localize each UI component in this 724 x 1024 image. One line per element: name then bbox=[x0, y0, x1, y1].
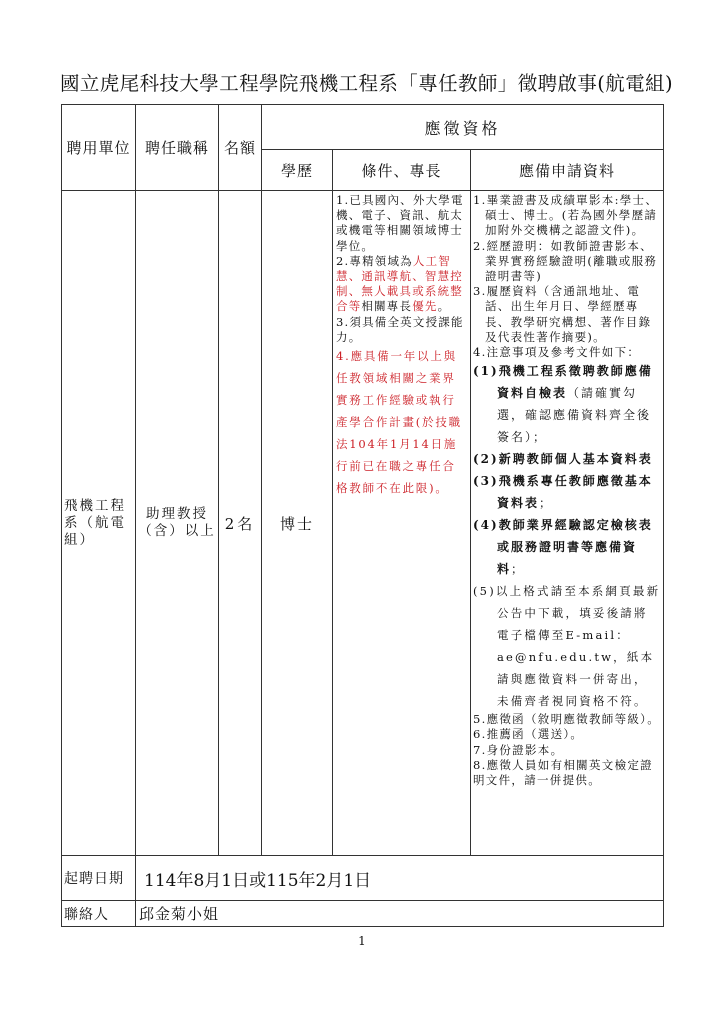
required-degree: 博士 bbox=[262, 191, 333, 856]
condition-2-priority: 優先 bbox=[412, 299, 437, 313]
sub-label: (5) bbox=[473, 584, 496, 598]
conditions-cell: 1.已具國內、外大學電機、電子、資訊、航太或機電等相關領域博士學位。 2.專精領… bbox=[333, 191, 471, 856]
condition-1: 1.已具國內、外大學電機、電子、資訊、航太或機電等相關領域博士學位。 bbox=[336, 193, 468, 254]
sub-label: (1) bbox=[473, 364, 499, 378]
document-sub-2: (2)新聘教師個人基本資料表 bbox=[473, 448, 661, 470]
document-sub-3: (3)飛機系專任教師應徵基本資料表； bbox=[473, 470, 661, 514]
position-count: 2名 bbox=[219, 191, 262, 856]
sub-label: (2) bbox=[473, 452, 499, 466]
condition-2: 2.專精領域為人工智慧、通訊導航、智慧控制、無人載具或系統整合等相關專長優先。 bbox=[336, 254, 468, 315]
condition-2-text-2: 相關專長 bbox=[361, 299, 412, 313]
sub-label: (4) bbox=[473, 518, 499, 532]
sub-bold: 飛機系專任教師應徵基本資料表 bbox=[497, 474, 653, 510]
documents-cell: 1.畢業證書及成績單影本:學士、碩士、博士。(若為國外學歷請加附外交機構之認證文… bbox=[471, 191, 664, 856]
sub-normal: ； bbox=[539, 496, 553, 510]
document-sub-4: (4)教師業界經驗認定檢核表或服務證明書等應備資料； bbox=[473, 514, 661, 580]
condition-2-end: 。 bbox=[438, 299, 451, 313]
position-rank: 助理教授（含）以上 bbox=[136, 191, 219, 856]
header-degree: 學歷 bbox=[262, 150, 333, 191]
sub-bold: 新聘教師個人基本資料表 bbox=[499, 452, 653, 466]
document-item-4: 4.注意事項及參考文件如下： bbox=[473, 345, 661, 360]
document-item-6: 6.推薦函（選送）。 bbox=[473, 727, 661, 742]
document-item-5: 5.應徵函（敘明應徵教師等級）。 bbox=[473, 712, 661, 727]
condition-4: 4.應具備一年以上與任教領域相關之業界實務工作經驗或執行產學合作計畫(於技職法1… bbox=[336, 345, 468, 499]
document-item-2: 2.經歷證明：如教師證書影本、業界實務經驗證明(離職或服務證明書等) bbox=[473, 239, 661, 285]
header-unit: 聘用單位 bbox=[62, 105, 136, 191]
sub-normal: 以上格式請至本系網頁最新公告中下載，填妥後請將電子檔傳至E-mail：ae@nf… bbox=[496, 584, 660, 708]
page-number: 1 bbox=[0, 934, 724, 948]
condition-2-text: 2.專精領域為 bbox=[336, 254, 413, 268]
header-conditions: 條件、專長 bbox=[333, 150, 471, 191]
document-item-8: 8.應徵人員如有相關英文檢定證明文件，請一併提供。 bbox=[473, 758, 661, 788]
sub-normal: ； bbox=[511, 562, 525, 576]
header-rank: 聘任職稱 bbox=[136, 105, 219, 191]
contact-label: 聯絡人 bbox=[62, 901, 136, 927]
header-documents: 應備申請資料 bbox=[471, 150, 664, 191]
document-title: 國立虎尾科技大學工程學院飛機工程系「專任教師」徵聘啟事(航電組) bbox=[60, 68, 680, 96]
hiring-unit: 飛機工程系（航電組） bbox=[62, 191, 136, 856]
header-qualifications: 應徵資格 bbox=[262, 105, 664, 150]
recruitment-table: 聘用單位 聘任職稱 名額 應徵資格 學歷 條件、專長 應備申請資料 飛機工程系（… bbox=[61, 104, 664, 927]
start-date-value: 114年8月1日或115年2月1日 bbox=[136, 856, 664, 901]
document-sub-1: (1)飛機工程系徵聘教師應備資料自檢表（請確實勾選，確認應備資料齊全後簽名）； bbox=[473, 360, 661, 448]
contact-value: 邱金菊小姐 bbox=[136, 901, 664, 927]
document-item-1: 1.畢業證書及成績單影本:學士、碩士、博士。(若為國外學歷請加附外交機構之認證文… bbox=[473, 193, 661, 239]
condition-3: 3.須具備全英文授課能力。 bbox=[336, 315, 468, 345]
start-date-label: 起聘日期 bbox=[62, 856, 136, 901]
sub-label: (3) bbox=[473, 474, 499, 488]
header-count: 名額 bbox=[219, 105, 262, 191]
document-item-7: 7.身份證影本。 bbox=[473, 743, 661, 758]
document-item-3: 3.履歷資料（含通訊地址、電話、出生年月日、學經歷專長、教學研究構想、著作目錄及… bbox=[473, 284, 661, 345]
document-sub-5: (5)以上格式請至本系網頁最新公告中下載，填妥後請將電子檔傳至E-mail：ae… bbox=[473, 580, 661, 712]
